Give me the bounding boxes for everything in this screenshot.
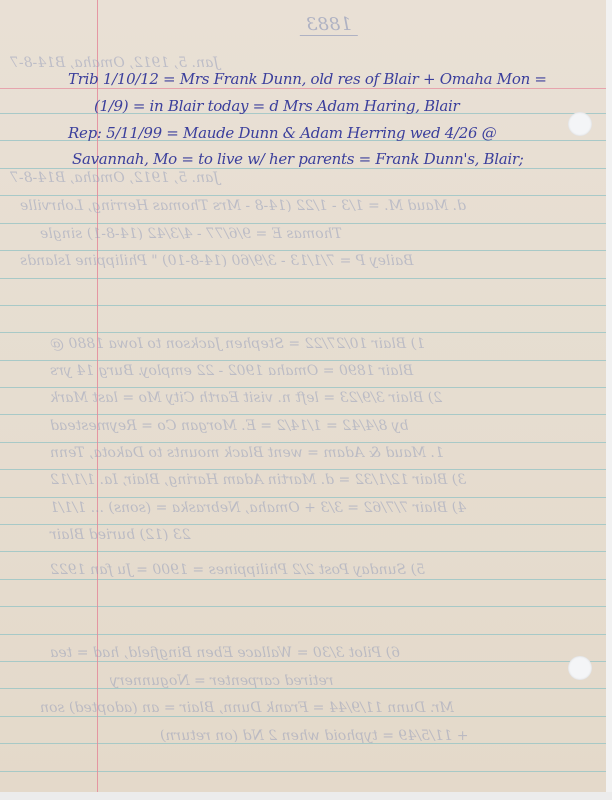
rule — [0, 387, 606, 388]
bleedthrough-text: Jan. 5, 1912, Omaha, B14-8-7 — [10, 55, 219, 71]
handwritten-line-4: Savannah, Mo = to live w/ her parents = … — [72, 150, 524, 168]
bleedthrough-text: 23 (12) buried Blair — [50, 527, 191, 543]
bleedthrough-text: 5) Sunday Post 2/2 Philippines = 1900 = … — [50, 562, 425, 578]
rule — [0, 442, 606, 443]
bleedthrough-text: 6) Pilot 3/30 = Wallace Eben Bingfield, … — [50, 645, 400, 661]
rule — [0, 250, 606, 251]
rule — [0, 716, 606, 717]
bleedthrough-text: 4) Blair 7/7/62 = 3/3 + Omaha, Nebraska … — [50, 500, 466, 516]
rule — [0, 305, 606, 306]
bleedthrough-text: 1. Maud & Adam = went Black mounts to Da… — [50, 445, 444, 461]
rule — [0, 606, 606, 607]
rule — [0, 168, 606, 169]
rule — [0, 360, 606, 361]
bleedthrough-text: by 8/4/42 = 1/14/2 = E. Morgan Co = Reym… — [50, 418, 409, 434]
rule — [0, 661, 606, 662]
rule — [0, 332, 606, 333]
rule — [0, 579, 606, 580]
handwritten-line-2: (1/9) = in Blair today = d Mrs Adam Hari… — [94, 97, 459, 115]
rule — [0, 634, 606, 635]
handwritten-line-3: Rep: 5/11/99 = Maude Dunn & Adam Herring… — [68, 124, 496, 142]
bleedthrough-text: Thomas E = 9/6/77 - 4/3/42 (14-8-1) sing… — [40, 226, 342, 242]
bleedthrough-text: Blair 1890 = Omaha 1902 - 22 employ. Bur… — [50, 363, 413, 379]
bleedthrough-text: d. Maud M. = 1/3 - 1/22 (14-8 - Mrs Thom… — [20, 198, 466, 214]
rule — [0, 771, 606, 772]
rule — [0, 551, 606, 552]
bleedthrough-text: 1) Blair 10/27/22 = Stephen Jackson to I… — [50, 336, 425, 352]
rule — [0, 524, 606, 525]
bleedthrough-text: 2) Blair 3/9/23 = left n. visit Earth Ci… — [50, 390, 442, 406]
bleedthrough-text: 3) Blair 12/1/32 = d. Martin Adam Haring… — [50, 472, 466, 488]
notebook-page: 1883 Jan. 5, 1912, Omaha, B14-8-7 Jan. 5… — [0, 0, 606, 792]
scanner-background — [606, 0, 612, 800]
rule — [0, 223, 606, 224]
punch-hole-bottom — [568, 656, 592, 680]
rule — [0, 278, 606, 279]
rule — [0, 195, 606, 196]
punch-hole-top — [568, 112, 592, 136]
bleedthrough-text: Bailey P = 7/1/13 - 3/9/60 (14-8-10) " P… — [20, 253, 413, 269]
top-red-rule — [0, 88, 606, 89]
rule — [0, 469, 606, 470]
bleedthrough-text: Jan. 5, 1912, Omaha, B14-8-7 — [10, 170, 219, 186]
bleedthrough-page-number: 1883 — [300, 14, 358, 36]
bleedthrough-text: + 11/5/49 = typhoid when 2 Nd (on return… — [160, 728, 469, 744]
handwritten-line-1: Trib 1/10/12 = Mrs Frank Dunn, old res o… — [68, 70, 547, 88]
scanner-background — [0, 792, 612, 800]
rule — [0, 414, 606, 415]
rule — [0, 497, 606, 498]
bleedthrough-text: Mr. Dunn 11/9/44 = Frank Dunn, Blair = a… — [40, 700, 454, 716]
bleedthrough-text: retired carpenter = Nogunnery — [110, 673, 333, 689]
